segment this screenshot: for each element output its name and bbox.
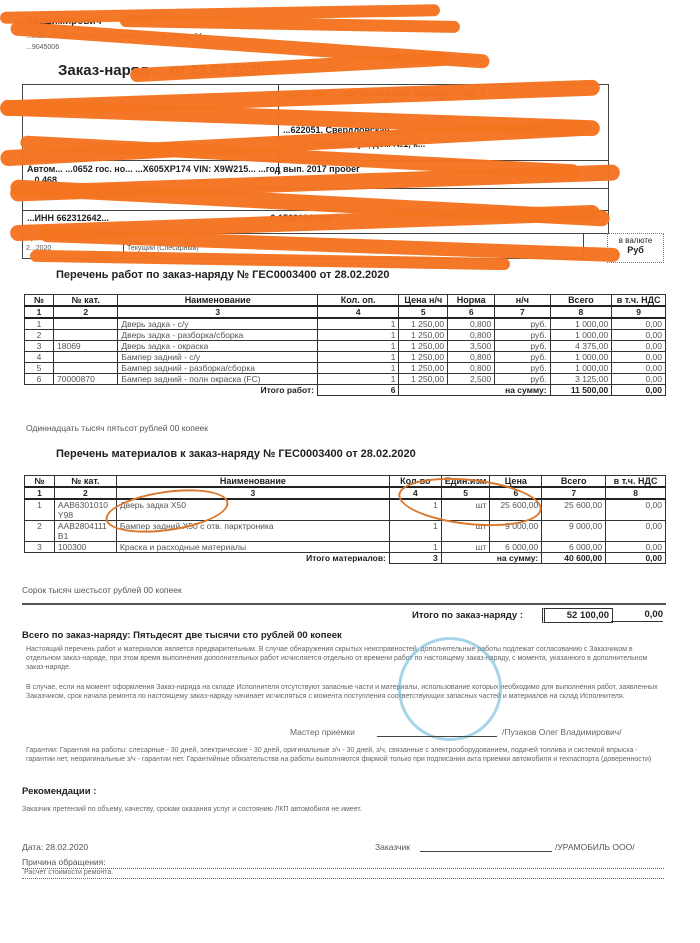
catalog-number: [54, 363, 118, 374]
norm: 0,800: [448, 363, 495, 374]
column-index: 4: [318, 306, 399, 318]
reason-value: Расчет стоимости ремонта.: [24, 869, 113, 876]
grand-total-vat: 0,00: [611, 608, 663, 622]
currency-label: в валюте: [608, 236, 663, 245]
divider: [22, 603, 666, 605]
row-vat: 0,00: [612, 330, 666, 341]
grand-total-in-words: Всего по заказ-наряду: Пятьдесят две тыс…: [22, 630, 342, 641]
hour-price: 1 250,00: [399, 374, 448, 385]
total-sum: 11 500,00: [550, 385, 612, 396]
table-row: 1Дверь задка - с/у11 250,000,800руб.1 00…: [25, 318, 666, 330]
quantity: 1: [318, 341, 399, 352]
total-quantity: 6: [318, 385, 399, 396]
column-header: № кат.: [54, 476, 116, 488]
row-total: 1 000,00: [550, 318, 612, 330]
column-index: 6: [448, 306, 495, 318]
norm: 2,500: [448, 374, 495, 385]
quantity: 1: [389, 521, 441, 542]
unit: руб.: [495, 352, 550, 363]
table-row: 3100300Краска и расходные материалы1шт6 …: [25, 542, 666, 553]
column-index: 7: [495, 306, 550, 318]
column-header: № кат.: [54, 295, 118, 307]
materials-total-row: Итого материалов:3на сумму:40 600,000,00: [25, 553, 666, 564]
norm: 0,800: [448, 330, 495, 341]
row-vat: 0,00: [612, 363, 666, 374]
unit: руб.: [495, 374, 550, 385]
warranty-text: Гарантии: Гарантия на работы: слесарные …: [26, 746, 666, 764]
terms-paragraph-2: В случае, если на момент оформления Зака…: [26, 683, 666, 701]
master-signature-line: [377, 736, 497, 737]
row-number: 5: [25, 363, 54, 374]
company-stamp: [398, 637, 502, 741]
column-index: 2: [54, 487, 116, 499]
total-vat: 0,00: [606, 553, 666, 564]
row-number: 1: [25, 499, 55, 521]
row-vat: 0,00: [612, 341, 666, 352]
quantity: 1: [318, 330, 399, 341]
item-name: Дверь задка - с/у: [118, 318, 318, 330]
row-vat: 0,00: [612, 318, 666, 330]
column-index: 8: [550, 306, 612, 318]
catalog-number: 70000870: [54, 374, 118, 385]
total-label: Итого материалов:: [25, 553, 390, 564]
norm: 0,800: [448, 352, 495, 363]
column-index: 9: [612, 306, 666, 318]
row-total: 1 000,00: [550, 363, 612, 374]
price: 6 000,00: [490, 542, 542, 553]
row-total: 6 000,00: [542, 542, 606, 553]
column-header: в т.ч. НДС: [606, 476, 666, 488]
item-name: Бампер задний - с/у: [118, 352, 318, 363]
row-vat: 0,00: [612, 374, 666, 385]
item-name: Краска и расходные материалы: [116, 542, 389, 553]
customer-company: /УРАМОБИЛЬ ООО/: [555, 842, 635, 852]
total-sum: 40 600,00: [542, 553, 606, 564]
row-vat: 0,00: [606, 499, 666, 521]
row-vat: 0,00: [606, 542, 666, 553]
dotted-line: [22, 878, 664, 879]
column-index: 8: [606, 487, 666, 499]
customer-statement: Заказчик претензий по объему, качеству, …: [22, 806, 362, 813]
row-number: 3: [25, 542, 55, 553]
hour-price: 1 250,00: [399, 318, 448, 330]
materials-title: Перечень материалов к заказ-наряду № ГЕС…: [56, 448, 416, 460]
row-number: 4: [25, 352, 54, 363]
row-number: 2: [25, 521, 55, 542]
row-total: 9 000,00: [542, 521, 606, 542]
row-total: 1 000,00: [550, 352, 612, 363]
terms-paragraph-1: Настоящий перечень работ и материалов яв…: [26, 645, 666, 672]
row-vat: 0,00: [606, 521, 666, 542]
quantity: 1: [318, 374, 399, 385]
car-info: Автом... ...0652 гос. но... ...X605XP174…: [27, 164, 360, 174]
column-header: Цена н/ч: [399, 295, 448, 307]
column-index: 1: [25, 487, 55, 499]
column-header: Наименование: [116, 476, 389, 488]
catalog-number: [54, 330, 118, 341]
column-index: 3: [118, 306, 318, 318]
dotted-line: [22, 868, 664, 869]
total-vat: 0,00: [612, 385, 666, 396]
unit: шт: [441, 542, 490, 553]
item-name: Бампер задний - полн окраска (FC): [118, 374, 318, 385]
column-index: 2: [54, 306, 118, 318]
sum-label: на сумму:: [441, 553, 542, 564]
column-header: Норма: [448, 295, 495, 307]
column-header: Кол. оп.: [318, 295, 399, 307]
reason-label: Причина обращения:: [22, 857, 106, 867]
catalog-number: 18069: [54, 341, 118, 352]
column-header: Всего: [542, 476, 606, 488]
table-row: 5Бампер задний - разборка/сборка11 250,0…: [25, 363, 666, 374]
redaction-scribble: [130, 52, 450, 83]
unit: руб.: [495, 341, 550, 352]
item-name: Бампер задний - разборка/сборка: [118, 363, 318, 374]
works-total-row: Итого работ:6на сумму:11 500,000,00: [25, 385, 666, 396]
unit: руб.: [495, 363, 550, 374]
sum-label: на сумму:: [399, 385, 550, 396]
customer-phone: ...9045006: [26, 44, 59, 51]
recommendations-title: Рекомендации :: [22, 786, 96, 797]
unit: руб.: [495, 318, 550, 330]
item-name: Дверь задка - разборка/сборка: [118, 330, 318, 341]
quantity: 1: [318, 352, 399, 363]
row-number: 2: [25, 330, 54, 341]
row-number: 6: [25, 374, 54, 385]
quantity: 1: [389, 542, 441, 553]
table-row: 670000870Бампер задний - полн окраска (F…: [25, 374, 666, 385]
column-index: 5: [399, 306, 448, 318]
works-title: Перечень работ по заказ-наряду № ГЕС0003…: [56, 269, 390, 281]
item-name: Дверь задка - окраска: [118, 341, 318, 352]
column-header: в т.ч. НДС: [612, 295, 666, 307]
row-number: 1: [25, 318, 54, 330]
column-header: №: [25, 476, 55, 488]
grand-total-sum: 52 100,00: [542, 608, 613, 623]
row-number: 3: [25, 341, 54, 352]
quantity: 1: [318, 363, 399, 374]
doc-date: Дата: 28.02.2020: [22, 842, 88, 852]
unit: руб.: [495, 330, 550, 341]
materials-total-in-words: Сорок тысяч шестьсот рублей 00 копеек: [22, 585, 182, 595]
row-total: 4 375,00: [550, 341, 612, 352]
column-header: н/ч: [495, 295, 550, 307]
works-table: №№ кат.НаименованиеКол. оп.Цена н/чНорма…: [24, 294, 666, 396]
column-header: Наименование: [118, 295, 318, 307]
grand-total-label: Итого по заказ-наряду :: [412, 610, 523, 621]
catalog-number: [54, 318, 118, 330]
hour-price: 1 250,00: [399, 352, 448, 363]
row-vat: 0,00: [612, 352, 666, 363]
master-name: /Пузаков Олег Владимирович/: [502, 727, 622, 737]
total-quantity: 3: [389, 553, 441, 564]
column-index: 1: [25, 306, 54, 318]
customer-label: Заказчик: [375, 842, 410, 852]
row-total: 25 600,00: [542, 499, 606, 521]
column-header: Всего: [550, 295, 612, 307]
catalog-number: [54, 352, 118, 363]
total-label: Итого работ:: [25, 385, 318, 396]
row-total: 1 000,00: [550, 330, 612, 341]
column-header: №: [25, 295, 54, 307]
works-total-in-words: Одиннадцать тысяч пятьсот рублей 00 копе…: [26, 423, 208, 433]
row-total: 3 125,00: [550, 374, 612, 385]
master-label: Мастер приемки: [290, 727, 355, 737]
hour-price: 1 250,00: [399, 363, 448, 374]
table-row: 318069Дверь задка - окраска11 250,003,50…: [25, 341, 666, 352]
quantity: 1: [318, 318, 399, 330]
hour-price: 1 250,00: [399, 330, 448, 341]
table-row: 2Дверь задка - разборка/сборка11 250,000…: [25, 330, 666, 341]
customer-signature-line: [420, 851, 552, 852]
column-index: 7: [542, 487, 606, 499]
redaction-scribble: [120, 15, 460, 33]
catalog-number: 100300: [54, 542, 116, 553]
norm: 0,800: [448, 318, 495, 330]
table-row: 4Бампер задний - с/у11 250,000,800руб.1 …: [25, 352, 666, 363]
hour-price: 1 250,00: [399, 341, 448, 352]
norm: 3,500: [448, 341, 495, 352]
